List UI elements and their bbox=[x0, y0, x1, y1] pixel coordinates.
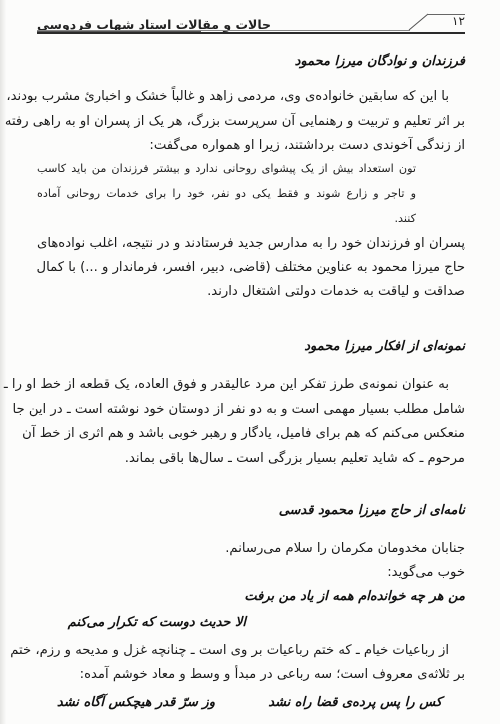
paragraph-line: بر ثلاثه‌ی معروف است؛ سه رباعی در مبدأ و… bbox=[80, 667, 465, 682]
header-slant-divider bbox=[409, 14, 410, 15]
header-rule bbox=[37, 32, 465, 34]
page-number: ۱۲ bbox=[452, 14, 465, 28]
verse-hemistich: من هر چه خوانده‌ام همه از یاد من برفت bbox=[244, 589, 465, 604]
section-heading-letter: نامه‌ای از حاج میرزا محمود قدسی bbox=[279, 503, 465, 518]
paragraph-line: از رباعیات خیام ـ که ختم رباعیات بر وی ا… bbox=[37, 643, 465, 658]
paragraph-line: از زندگی آخوندی دست برداشتند، زیرا او هم… bbox=[149, 138, 465, 153]
section-heading-descendants: فرزندان و نوادگان میرزا محمود bbox=[295, 54, 465, 69]
quote-line: تون استعداد بیش از یک پیشوای روحانی ندار… bbox=[37, 162, 416, 175]
letter-line: جنابان مخدومان مکرمان را سلام می‌رسانم. bbox=[225, 541, 465, 556]
paragraph-line: مرحوم ـ که شاید تعلیم بسیار بزرگی است ـ … bbox=[125, 451, 465, 466]
verse-hemistich: کس را پس پرده‌ی قضا راه نشد bbox=[268, 695, 442, 710]
verse-hemistich: وز سرّ قدر هیچکس آگاه نشد bbox=[57, 695, 215, 710]
paragraph-line: منعکس می‌کنم که هم برای فامیل، یادگار و … bbox=[37, 426, 465, 441]
book-page: حالات و مقالات استاد شهاب فردوسی ۱۲ فرزن… bbox=[0, 0, 500, 724]
header-rule-top bbox=[428, 14, 465, 15]
paragraph-line: پسران او فرزندان خود را به مدارس جدید فر… bbox=[37, 236, 465, 251]
paragraph-line: به عنوان نمونه‌ی طرز تفکر این مرد عالیقد… bbox=[37, 377, 465, 392]
paragraph-line: صداقت و لیاقت به خدمات دولتی اشتغال دارن… bbox=[207, 284, 465, 299]
paragraph-line: بر اثر تعلیم و تربیت و رهنمایی آن سرپرست… bbox=[37, 114, 465, 129]
page-binding-shadow bbox=[0, 0, 6, 724]
section-heading-thoughts: نمونه‌ای از افکار میرزا محمود bbox=[304, 339, 465, 354]
quote-line: کنند. bbox=[394, 212, 416, 225]
quote-line: و تاجر و زارع شوند و فقط یکی دو نفر، خود… bbox=[37, 187, 416, 200]
paragraph-line: با این که سابقین خانواده‌ی وی، مردمی زاه… bbox=[37, 89, 465, 104]
letter-line: خوب می‌گوید: bbox=[387, 565, 465, 580]
paragraph-line: حاج میرزا محمود به عناوین مختلف (قاضی، د… bbox=[37, 260, 465, 275]
header-rule-thin bbox=[37, 30, 410, 31]
verse-hemistich: الا حدیث دوست که تکرار می‌کنم bbox=[68, 615, 246, 630]
paragraph-line: شامل مطلب بسیار مهمی است و به دو نفر از … bbox=[37, 402, 465, 417]
